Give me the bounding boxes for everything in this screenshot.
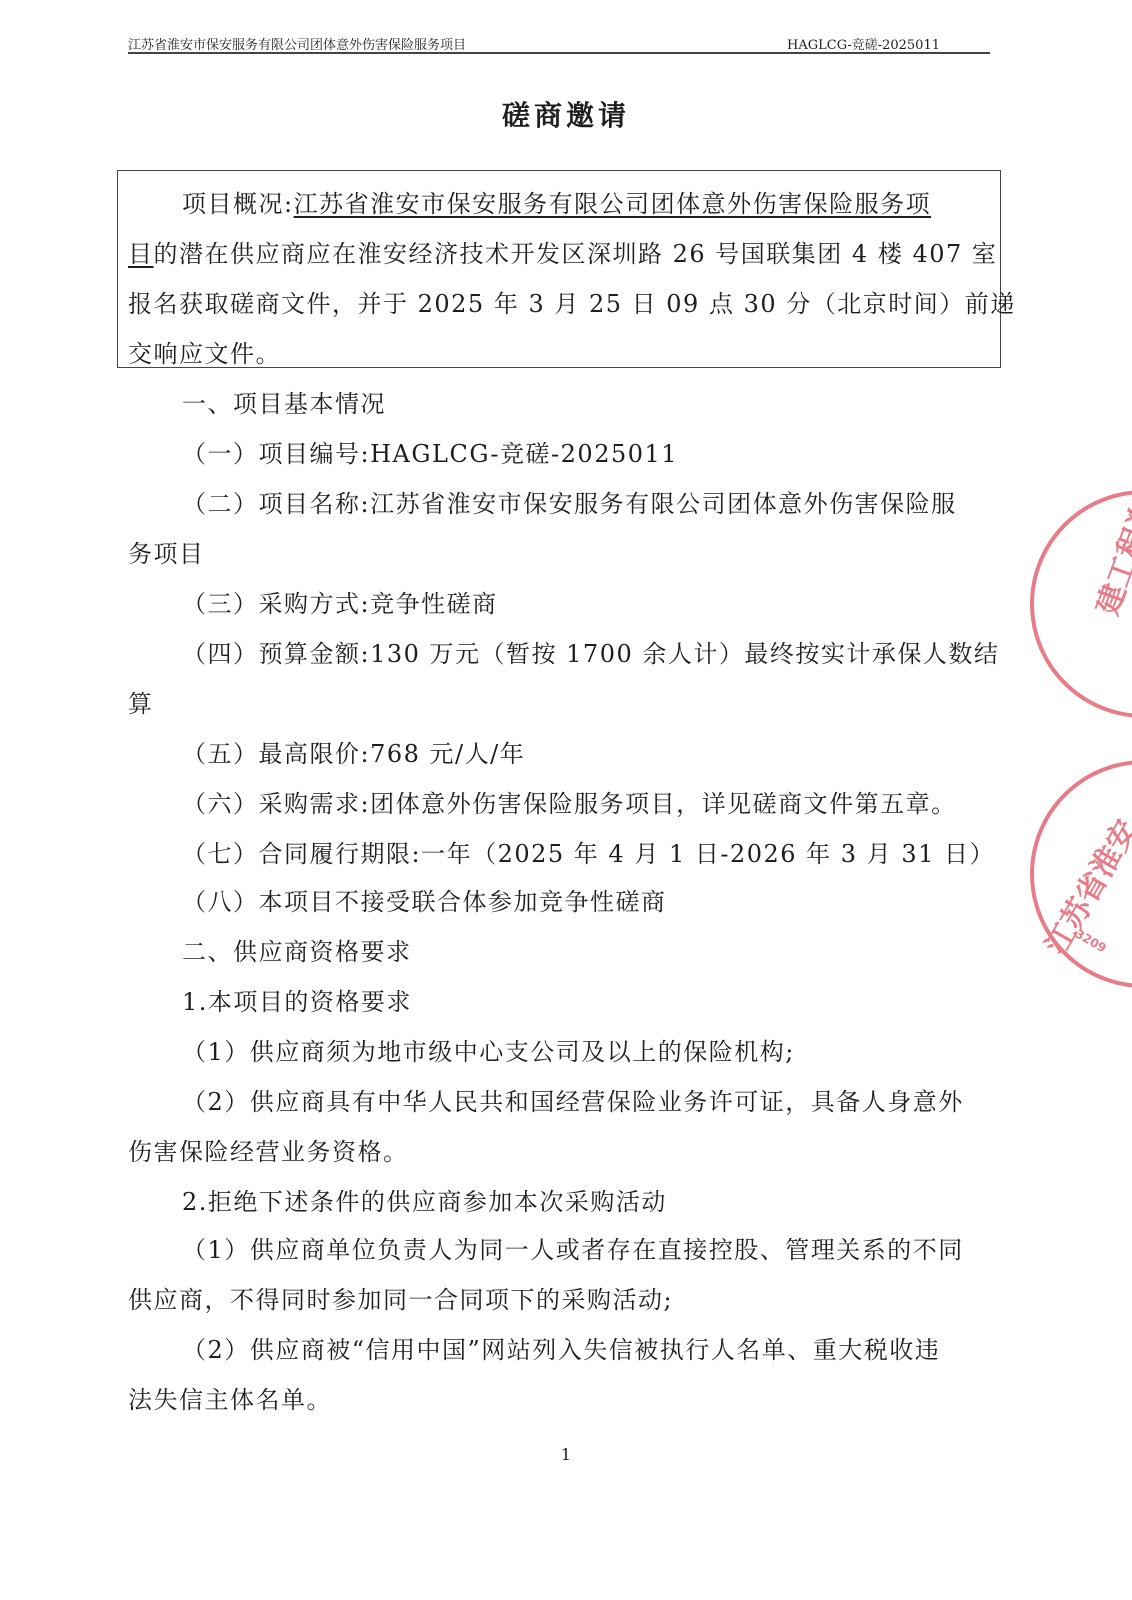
page-number: 1 xyxy=(0,1445,1132,1464)
body-line: （三）采购方式:竞争性磋商 xyxy=(182,584,498,619)
seal-stamp-bottom: 江苏省淮安 3209 xyxy=(1030,760,1132,988)
page-header: 江苏省淮安市保安服务有限公司团体意外伤害保险服务项目 HAGLCG-竞磋-202… xyxy=(128,30,990,54)
seal-code: 3209 xyxy=(1073,927,1109,956)
header-project-name: 江苏省淮安市保安服务有限公司团体意外伤害保险服务项目 xyxy=(128,34,466,53)
document-title: 磋商邀请 xyxy=(0,94,1132,134)
body-line: 伤害保险经营业务资格。 xyxy=(128,1132,409,1167)
body-line: （二）项目名称:江苏省淮安市保安服务有限公司团体意外伤害保险服 xyxy=(182,484,957,519)
overview-line-3: 报名获取磋商文件，并于 2025 年 3 月 25 日 09 点 30 分（北京… xyxy=(128,284,1016,319)
body-line: 法失信主体名单。 xyxy=(128,1380,332,1415)
header-project-code: HAGLCG-竞磋-2025011 xyxy=(787,34,940,53)
body-line: （六）采购需求:团体意外伤害保险服务项目，详见磋商文件第五章。 xyxy=(182,784,957,819)
body-line: 1.本项目的资格要求 xyxy=(182,982,412,1017)
overview-project-name: 江苏省淮安市保安服务有限公司团体意外伤害保险服务项 xyxy=(294,190,932,218)
body-line: （五）最高限价:768 元/人/年 xyxy=(182,734,525,769)
seal-text: 建工程咨 xyxy=(1083,492,1132,620)
overview-line-2: 目的潜在供应商应在淮安经济技术开发区深圳路 26 号国联集团 4 楼 407 室 xyxy=(128,234,997,269)
body-line: （一）项目编号:HAGLCG-竞磋-2025011 xyxy=(182,434,678,469)
body-line: 务项目 xyxy=(128,534,205,569)
overview-line-4: 交响应文件。 xyxy=(128,334,281,369)
body-line: 二、供应商资格要求 xyxy=(182,932,412,967)
body-line: （2）供应商具有中华人民共和国经营保险业务许可证，具备人身意外 xyxy=(182,1082,964,1117)
overview-label: 项目概况: xyxy=(182,190,294,218)
body-line: （1）供应商单位负责人为同一人或者存在直接控股、管理关系的不同 xyxy=(182,1230,964,1265)
seal-stamp-top: 建工程咨 xyxy=(1030,490,1132,718)
body-line: 算 xyxy=(128,684,154,719)
overview-project-name-end: 目 xyxy=(128,240,154,268)
body-line: （2）供应商被“信用中国”网站列入失信被执行人名单、重大税收违 xyxy=(182,1330,940,1365)
body-line: 供应商，不得同时参加同一合同项下的采购活动; xyxy=(128,1280,673,1315)
overview-line-1: 项目概况:江苏省淮安市保安服务有限公司团体意外伤害保险服务项 xyxy=(182,184,931,219)
body-line: （1）供应商须为地市级中心支公司及以上的保险机构; xyxy=(182,1032,795,1067)
overview-text: 的潜在供应商应在淮安经济技术开发区深圳路 26 号国联集团 4 楼 407 室 xyxy=(154,240,998,268)
body-line: 一、项目基本情况 xyxy=(182,384,386,419)
body-line: 2.拒绝下述条件的供应商参加本次采购活动 xyxy=(182,1182,667,1217)
body-line: （八）本项目不接受联合体参加竞争性磋商 xyxy=(182,882,667,917)
body-line: （四）预算金额:130 万元（暂按 1700 余人计）最终按实计承保人数结 xyxy=(182,634,999,669)
body-line: （七）合同履行期限:一年（2025 年 4 月 1 日-2026 年 3 月 3… xyxy=(182,834,995,869)
